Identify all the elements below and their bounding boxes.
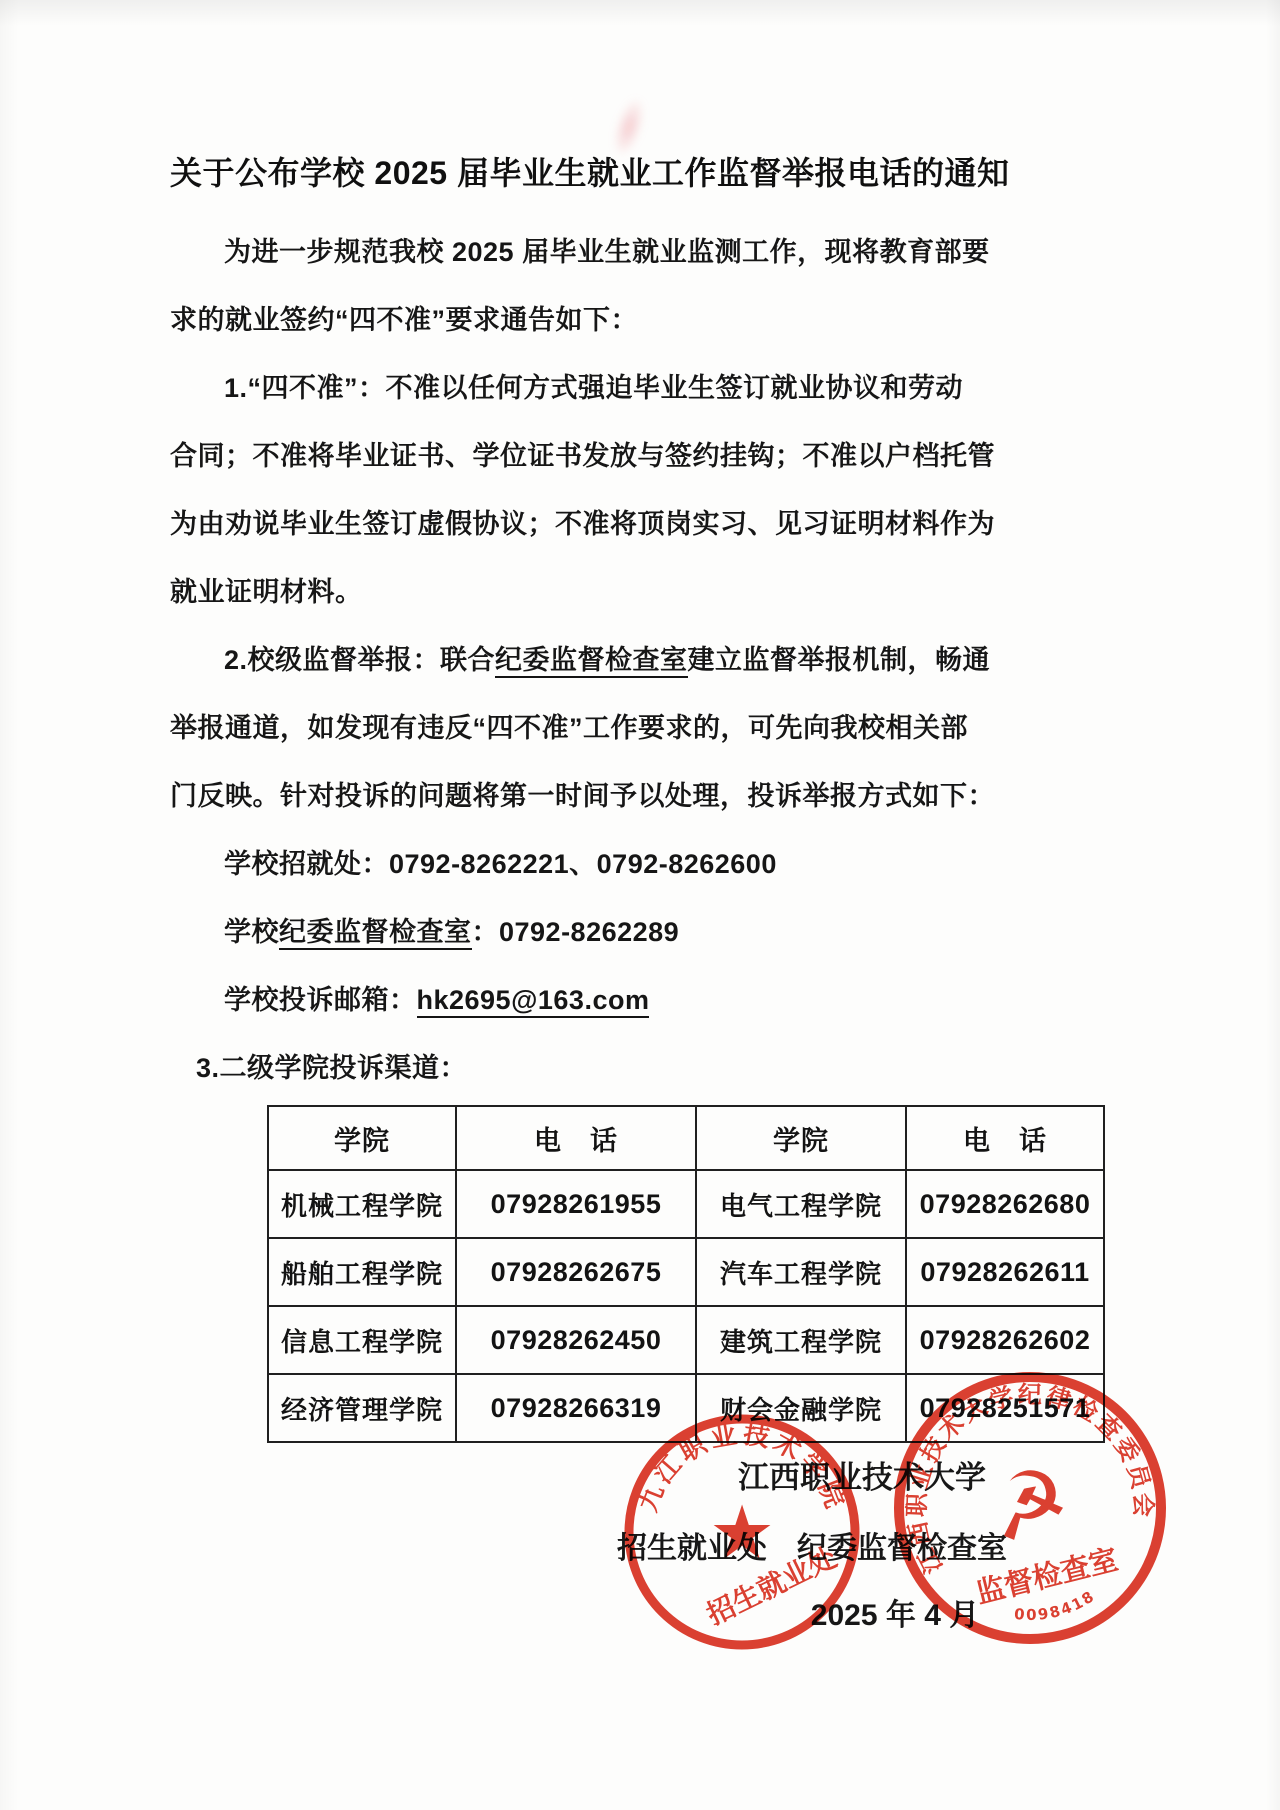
body-line: 合同；不准将毕业证书、学位证书发放与签约挂钩；不准以户档托管	[170, 422, 970, 490]
email-label: 学校投诉邮箱：	[224, 985, 417, 1015]
college-name: 汽车工程学院	[696, 1238, 906, 1306]
document-title: 关于公布学校 2025 届毕业生就业工作监督举报电话的通知	[170, 148, 960, 194]
star-icon: ★	[709, 1490, 775, 1576]
body-line: 就业证明材料。	[170, 558, 970, 626]
table-row: 信息工程学院 07928262450 建筑工程学院 07928262602	[268, 1306, 1104, 1374]
body-line: 为进一步规范我校 2025 届毕业生就业监测工作，现将教育部要	[170, 218, 970, 286]
college-phone: 07928261955	[456, 1170, 696, 1238]
college-name: 电气工程学院	[696, 1170, 906, 1238]
body-line: 2.校级监督举报：联合纪委监督检查室建立监督举报机制，畅通	[170, 626, 970, 694]
college-phone: 07928262680	[906, 1170, 1104, 1238]
college-name: 机械工程学院	[268, 1170, 456, 1238]
document-body: 为进一步规范我校 2025 届毕业生就业监测工作，现将教育部要 求的就业签约“四…	[170, 218, 970, 1102]
stamp-admissions-office: 九江职业技术学院 ★ 招生就业处	[617, 1407, 867, 1657]
text-segment: 2.校级监督举报：联合	[224, 645, 495, 675]
column-header-phone: 电 话	[456, 1106, 696, 1170]
underlined-text: 纪委监督检查室	[495, 645, 688, 678]
phone-line-discipline: 学校纪委监督检查室：0792-8262289	[170, 898, 970, 966]
table-header-row: 学院 电 话 学院 电 话	[268, 1106, 1104, 1170]
college-phone: 07928262450	[456, 1306, 696, 1374]
college-name: 建筑工程学院	[696, 1306, 906, 1374]
college-phone: 07928262611	[906, 1238, 1104, 1306]
column-header-phone: 电 话	[906, 1106, 1104, 1170]
body-line: 求的就业签约“四不准”要求通告如下：	[170, 286, 970, 354]
column-header-college: 学院	[696, 1106, 906, 1170]
body-line: 举报通道，如发现有违反“四不准”工作要求的，可先向我校相关部	[170, 694, 970, 762]
table-row: 机械工程学院 07928261955 电气工程学院 07928262680	[268, 1170, 1104, 1238]
body-line: 为由劝说毕业生签订虚假协议；不准将顶岗实习、见习证明材料作为	[170, 490, 970, 558]
phone-line-admissions: 学校招就处：0792-8262221、0792-8262600	[170, 830, 970, 898]
section3-heading: 3.二级学院投诉渠道：	[170, 1034, 970, 1102]
text-segment: ：0792-8262289	[472, 917, 680, 947]
hammer-sickle-icon: ☭	[978, 1445, 1079, 1564]
college-name: 船舶工程学院	[268, 1238, 456, 1306]
body-line: 门反映。针对投诉的问题将第一时间予以处理，投诉举报方式如下：	[170, 762, 970, 830]
body-line: 1.“四不准”：不准以任何方式强迫毕业生签订就业协议和劳动	[170, 354, 970, 422]
text-segment: 学校	[224, 917, 279, 947]
college-phone: 07928262675	[456, 1238, 696, 1306]
text-segment: 建立监督举报机制，畅通	[688, 645, 991, 675]
email-address: hk2695@163.com	[417, 985, 650, 1018]
underlined-text: 纪委监督检查室	[279, 917, 472, 950]
table-row: 船舶工程学院 07928262675 汽车工程学院 07928262611	[268, 1238, 1104, 1306]
scanned-notice-page: 关于公布学校 2025 届毕业生就业工作监督举报电话的通知 为进一步规范我校 2…	[0, 0, 1280, 1810]
college-name: 经济管理学院	[268, 1374, 456, 1442]
column-header-college: 学院	[268, 1106, 456, 1170]
email-line: 学校投诉邮箱：hk2695@163.com	[170, 966, 970, 1034]
college-name: 信息工程学院	[268, 1306, 456, 1374]
